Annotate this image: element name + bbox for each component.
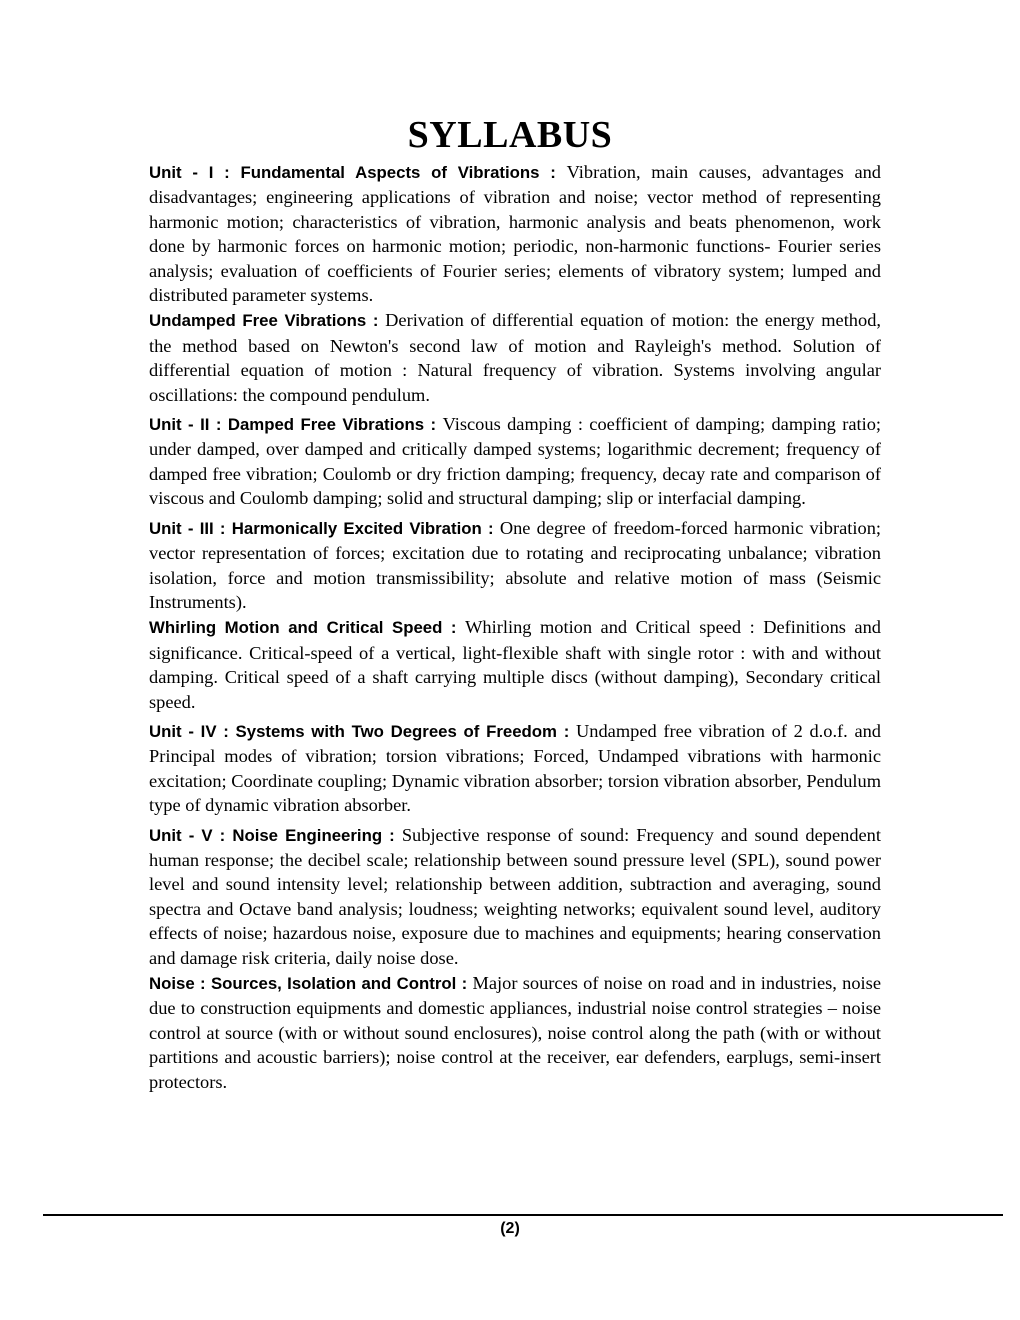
section-heading: Unit - III : Harmonically Excited Vibrat… — [149, 519, 500, 538]
section-unit-3: Unit - III : Harmonically Excited Vibrat… — [149, 516, 881, 615]
section-undamped-free-vibrations: Undamped Free Vibrations : Derivation of… — [149, 308, 881, 407]
section-unit-1: Unit - I : Fundamental Aspects of Vibrat… — [149, 160, 881, 307]
syllabus-content: Unit - I : Fundamental Aspects of Vibrat… — [149, 160, 881, 1095]
section-whirling-motion: Whirling Motion and Critical Speed : Whi… — [149, 615, 881, 714]
page-title: SYLLABUS — [0, 112, 1020, 158]
section-body: Vibration, main causes, advantages and d… — [149, 162, 881, 305]
section-heading: Whirling Motion and Critical Speed : — [149, 618, 465, 637]
section-heading: Noise : Sources, Isolation and Control : — [149, 974, 473, 993]
section-heading: Unit - II : Damped Free Vibrations : — [149, 415, 443, 434]
section-heading: Unit - IV : Systems with Two Degrees of … — [149, 722, 576, 741]
section-body: Subjective response of sound: Frequency … — [149, 825, 881, 968]
section-noise-control: Noise : Sources, Isolation and Control :… — [149, 971, 881, 1094]
footer-divider — [43, 1214, 1003, 1216]
section-unit-5: Unit - V : Noise Engineering : Subjectiv… — [149, 823, 881, 970]
page-number: (2) — [0, 1220, 1020, 1238]
section-heading: Undamped Free Vibrations : — [149, 311, 385, 330]
section-heading: Unit - V : Noise Engineering : — [149, 826, 402, 845]
section-unit-4: Unit - IV : Systems with Two Degrees of … — [149, 719, 881, 818]
section-unit-2: Unit - II : Damped Free Vibrations : Vis… — [149, 412, 881, 511]
section-heading: Unit - I : Fundamental Aspects of Vibrat… — [149, 163, 567, 182]
